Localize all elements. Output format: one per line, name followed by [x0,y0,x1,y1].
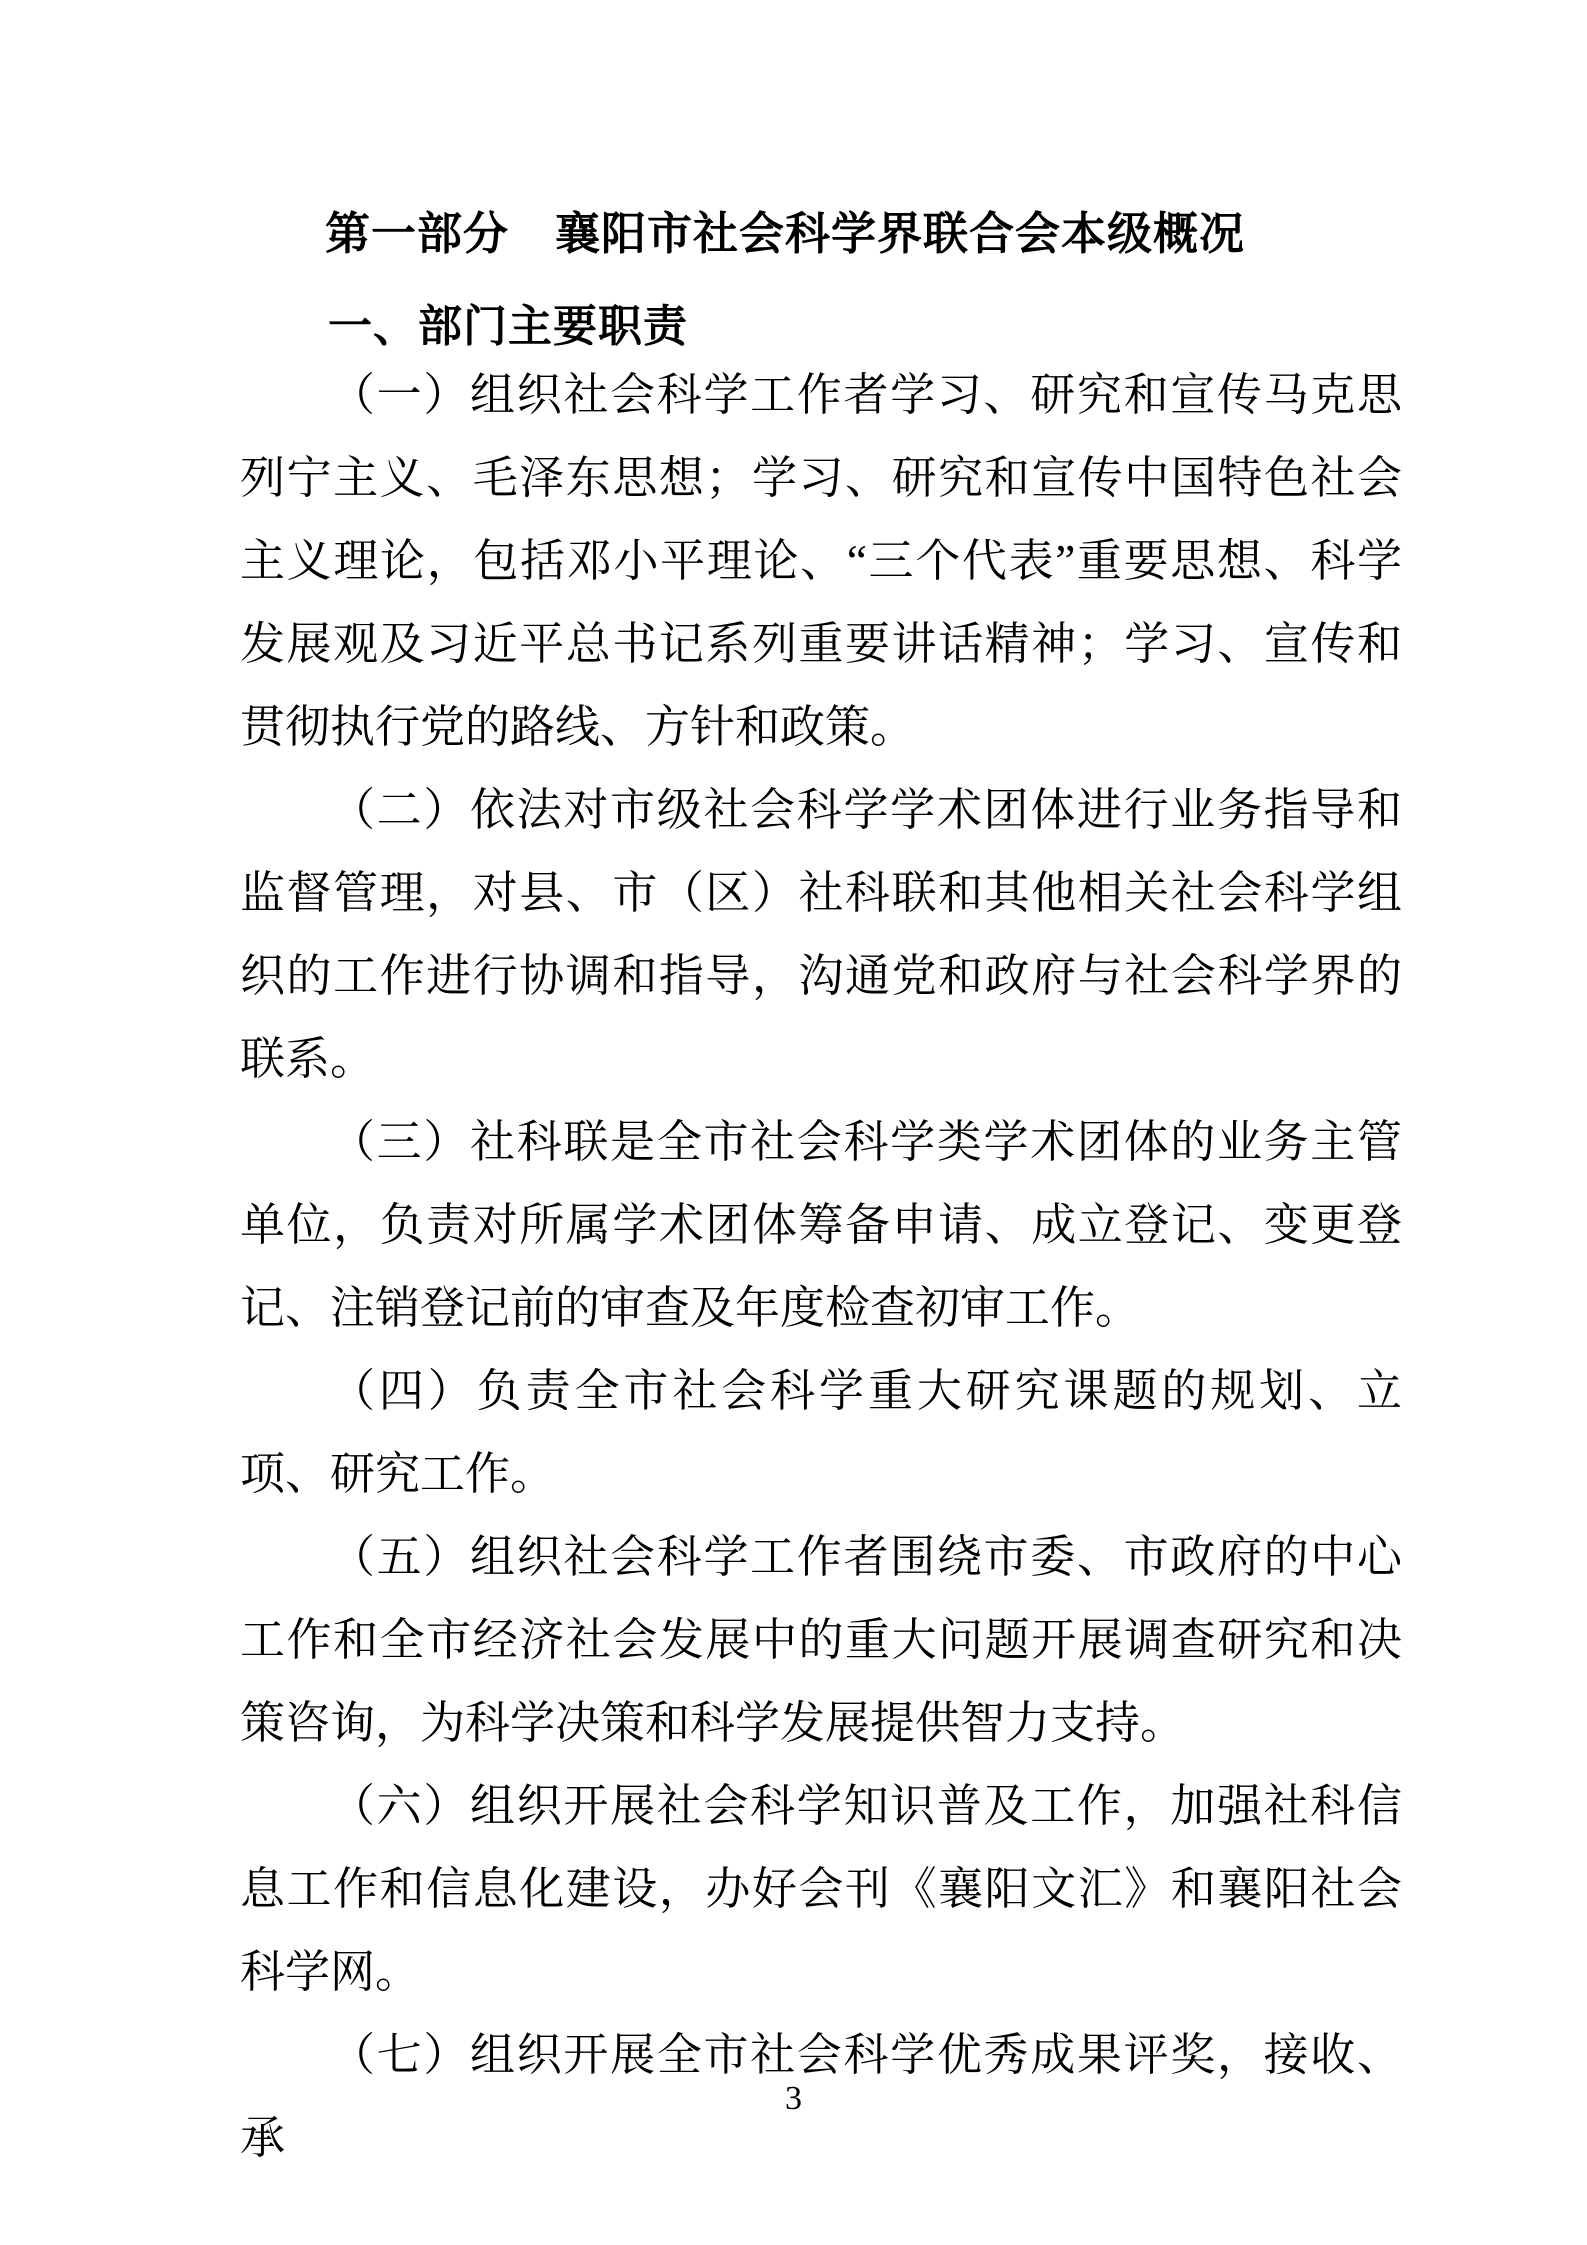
page-number: 3 [0,2082,1587,2116]
document-title: 第一部分 襄阳市社会科学界联合会本级概况 [240,210,1402,258]
body-paragraph: （五）组织社会科学工作者围绕市委、市政府的中心工作和全市经济社会发展中的重大问题… [240,1516,1402,1765]
body-paragraph: （一）组织社会科学工作者学习、研究和宣传马克思列宁主义、毛泽东思想；学习、研究和… [240,354,1402,769]
document-body: （一）组织社会科学工作者学习、研究和宣传马克思列宁主义、毛泽东思想；学习、研究和… [240,354,1402,2180]
document-content: 第一部分 襄阳市社会科学界联合会本级概况 一、部门主要职责 （一）组织社会科学工… [240,210,1402,2180]
body-paragraph: （六）组织开展社会科学知识普及工作，加强社科信息工作和信息化建设，办好会刊《襄阳… [240,1765,1402,2014]
body-paragraph: （三）社科联是全市社会科学类学术团体的业务主管单位，负责对所属学术团体筹备申请、… [240,1101,1402,1350]
body-paragraph: （四）负责全市社会科学重大研究课题的规划、立项、研究工作。 [240,1350,1402,1516]
body-paragraph: （二）依法对市级社会科学学术团体进行业务指导和监督管理，对县、市（区）社科联和其… [240,769,1402,1101]
document-page: 第一部分 襄阳市社会科学界联合会本级概况 一、部门主要职责 （一）组织社会科学工… [0,0,1587,2245]
section-heading: 一、部门主要职责 [240,305,1402,349]
